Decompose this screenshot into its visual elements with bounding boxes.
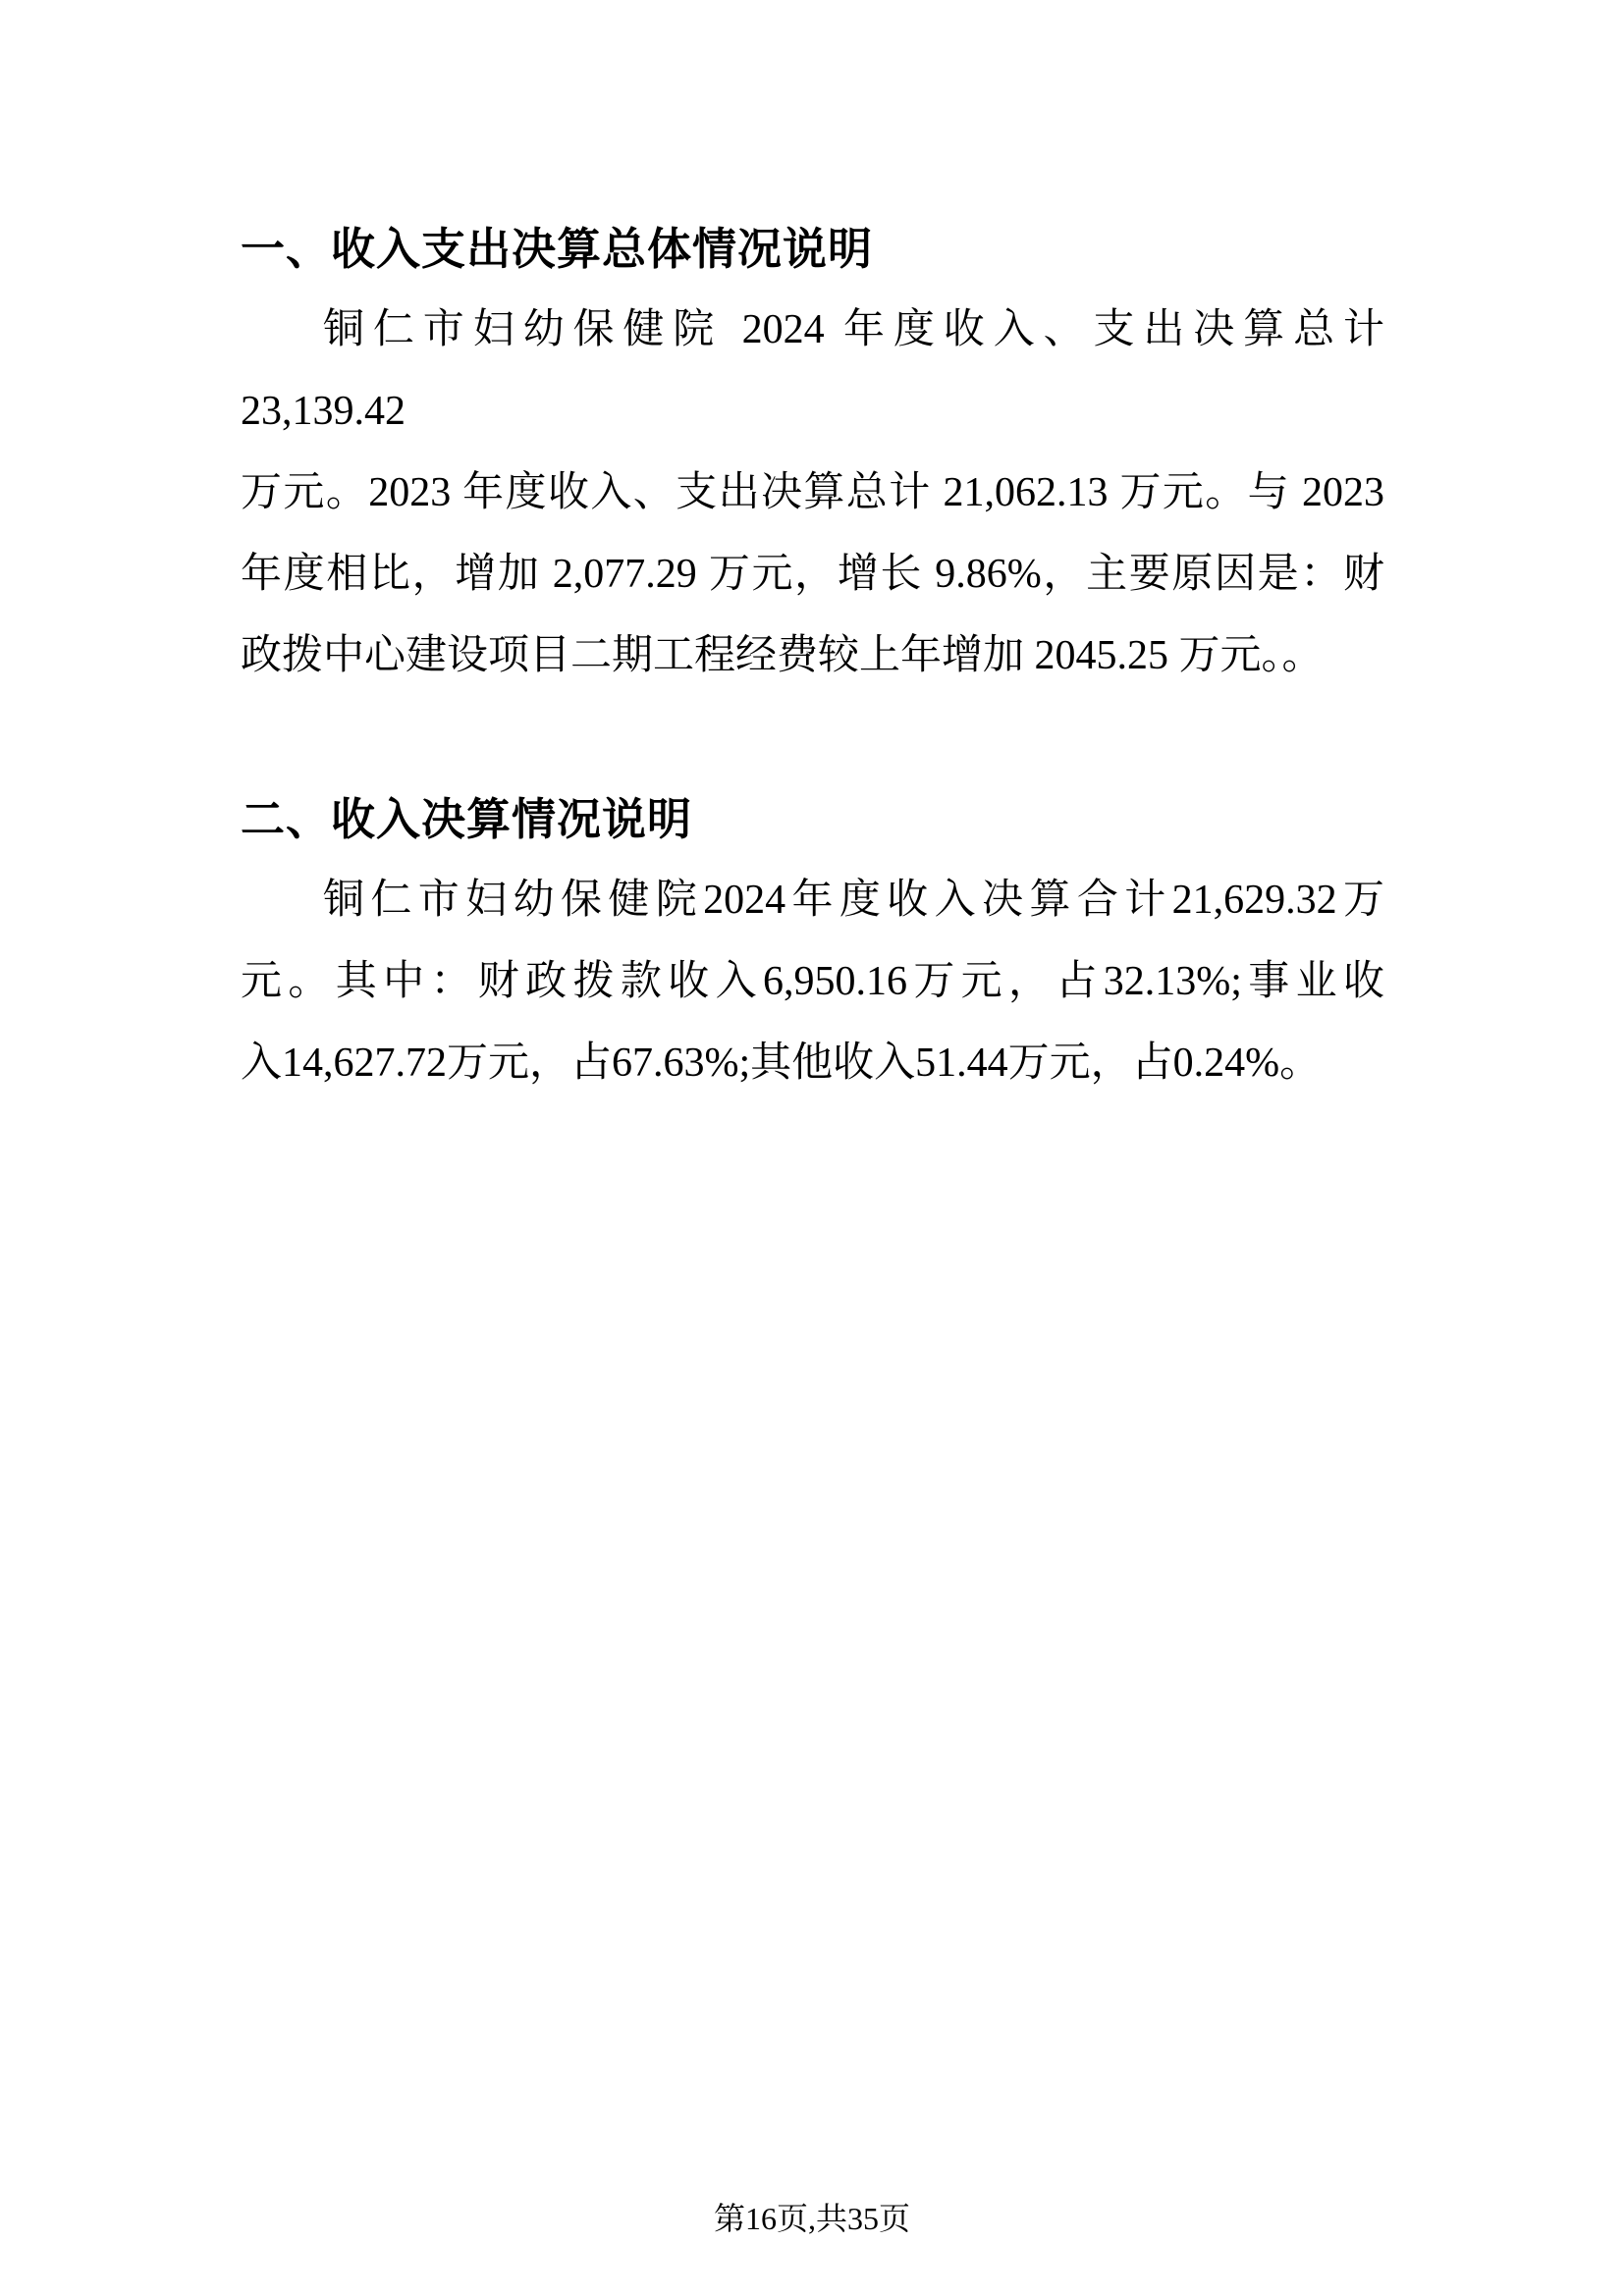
paragraph-line: 万元。2023 年度收入、支出决算总计 21,062.13 万元。与 2023 [241,453,1384,534]
paragraph-line: 铜仁市妇幼保健院 2024 年度收入、支出决算总计 23,139.42 [241,290,1384,453]
paragraph-line: 政拨中心建设项目二期工程经费较上年增加 2045.25 万元。。 [241,615,1384,697]
page-number-footer: 第16页,共35页 [0,2192,1624,2245]
section-2-paragraph: 铜仁市妇幼保健院2024年度收入决算合计21,629.32万 元。其中：财政拨款… [241,860,1384,1104]
document-content: 一、收入支出决算总体情况说明 铜仁市妇幼保健院 2024 年度收入、支出决算总计… [241,208,1384,1104]
paragraph-line: 年度相比，增加 2,077.29 万元，增长 9.86%，主要原因是：财 [241,534,1384,615]
section-1-heading: 一、收入支出决算总体情况说明 [241,208,1384,290]
paragraph-line: 元。其中：财政拨款收入6,950.16万元，占32.13%;事业收 [241,941,1384,1023]
paragraph-line: 铜仁市妇幼保健院2024年度收入决算合计21,629.32万 [241,860,1384,941]
section-2-heading: 二、收入决算情况说明 [241,778,1384,860]
section-1-paragraph: 铜仁市妇幼保健院 2024 年度收入、支出决算总计 23,139.42 万元。2… [241,290,1384,697]
document-page: 一、收入支出决算总体情况说明 铜仁市妇幼保健院 2024 年度收入、支出决算总计… [0,0,1624,2296]
paragraph-line: 入14,627.72万元，占67.63%;其他收入51.44万元，占0.24%。 [241,1023,1384,1104]
